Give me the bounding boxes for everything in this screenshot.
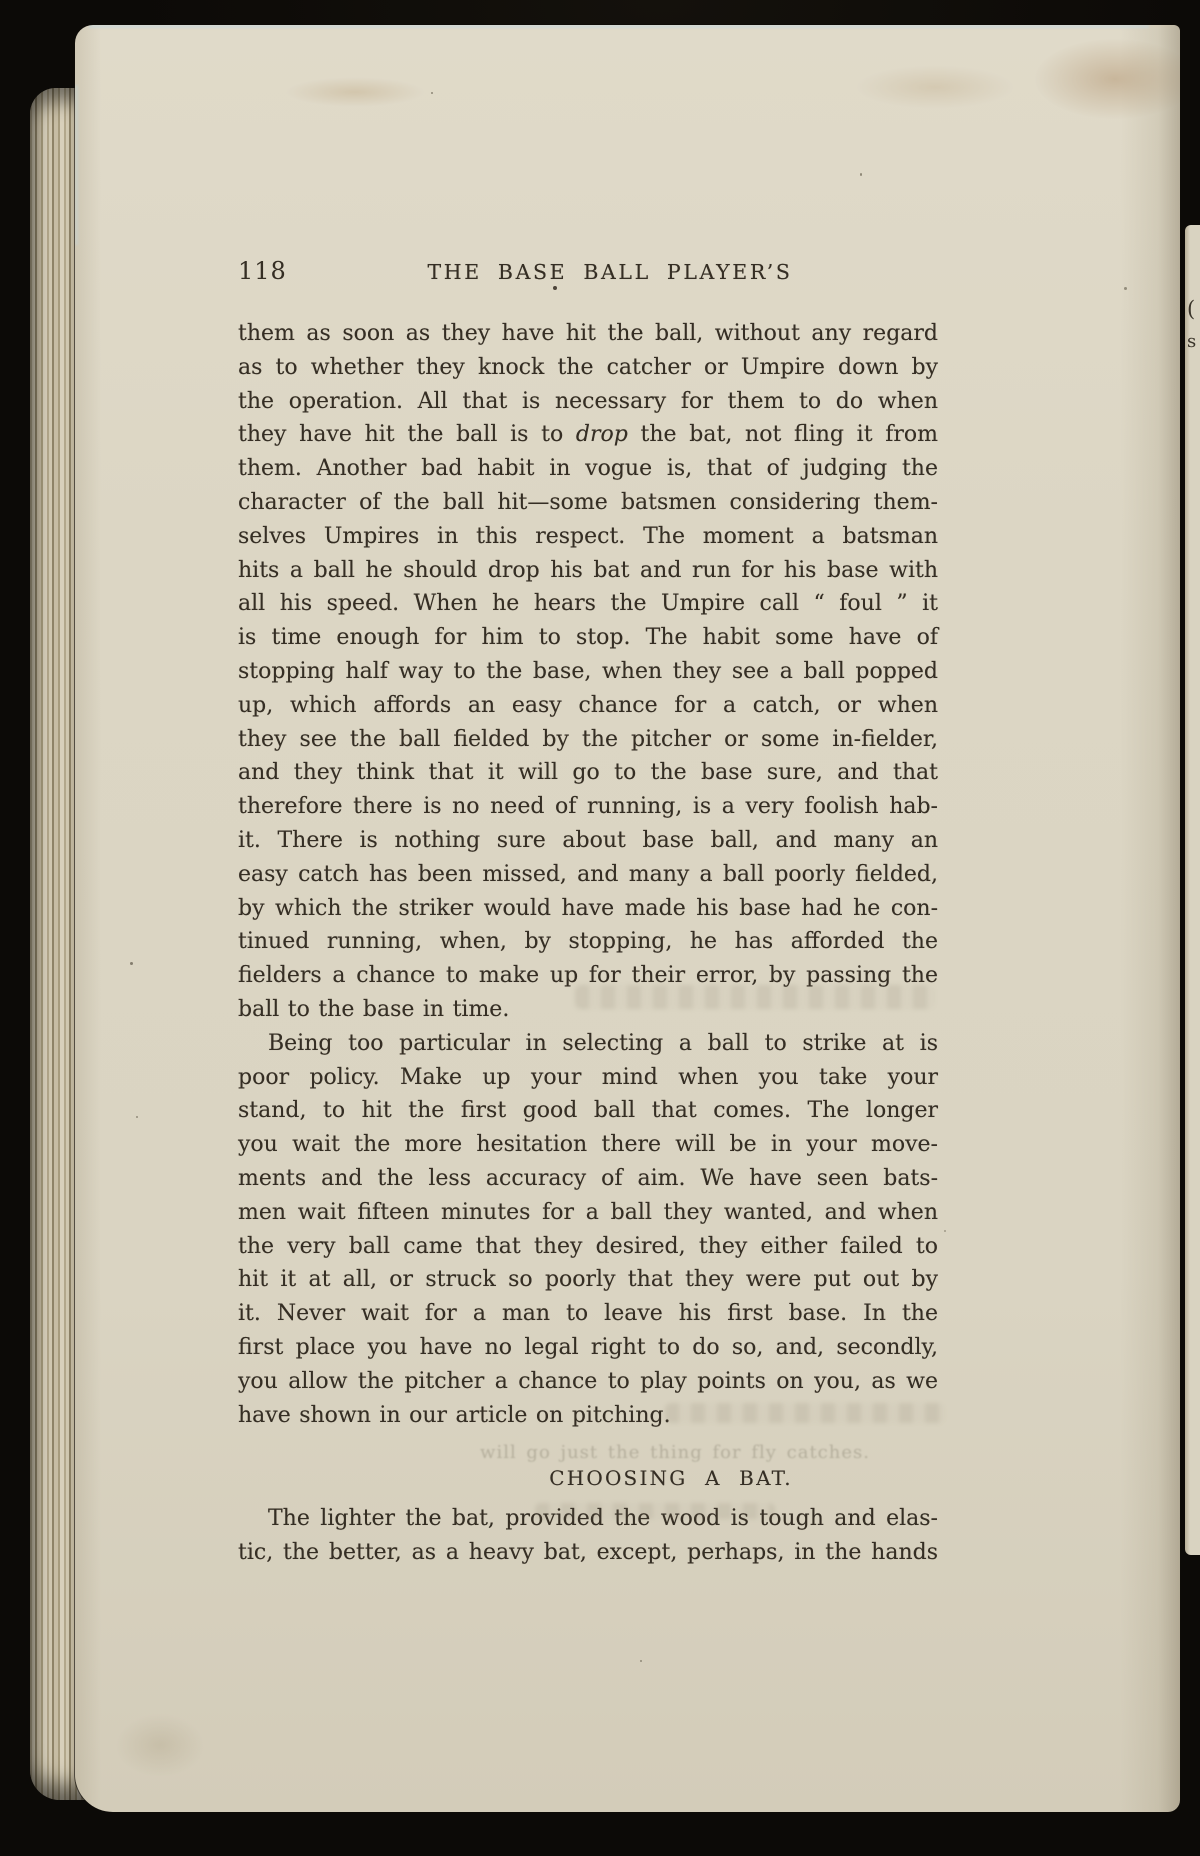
text-line: tic, the better, as a heavy bat, except,… [238,1536,938,1570]
text-line: Being too particular in selecting a ball… [238,1027,938,1061]
foxing-stain [1035,39,1180,119]
text-line: hit it at all, or struck so poorly that … [238,1263,938,1297]
ink-speck [1124,287,1127,290]
text-line: them as soon as they have hit the ball, … [238,317,938,351]
text-line: the operation. All that is necessary for… [238,385,938,419]
paragraph-2: Being too particular in selecting a ball… [238,1027,938,1433]
text-line: therefore there is no need of running, i… [238,790,938,824]
text-line: ments and the less accuracy of aim. We h… [238,1162,938,1196]
page-number: 118 [238,257,287,285]
text-line: them. Another bad habit in vogue is, tha… [238,452,938,486]
ink-speck [431,92,433,94]
text-line: poor policy. Make up your mind when you … [238,1061,938,1095]
foxing-stain [115,1713,205,1777]
text-line: they see the ball fielded by the pitcher… [238,723,938,757]
text-line: hits a ball he should drop his bat and r… [238,554,938,588]
text-line: it. There is nothing sure about base bal… [238,824,938,858]
text-line: have shown in our article on pitching. [238,1399,938,1433]
ink-speck [130,962,133,965]
text-line: the very ball came that they desired, th… [238,1230,938,1264]
section-heading: CHOOSING A BAT. [321,1466,1021,1490]
book-scan: 118 THE BASE BALL PLAYER’S them as soon … [0,0,1200,1856]
text-line: all his speed. When he hears the Umpire … [238,587,938,621]
ink-speck [944,1230,946,1232]
text-line: you wait the more hesitation there will … [238,1128,938,1162]
foxing-stain [285,77,425,107]
text-line: up, which affords an easy chance for a c… [238,689,938,723]
page-header: 118 THE BASE BALL PLAYER’S [238,257,938,287]
foxing-stain [855,65,1015,109]
text-line: by which the striker would have made his… [238,892,938,926]
text-line: easy catch has been missed, and many a b… [238,858,938,892]
ink-speck [860,173,862,176]
scan-glare [75,85,78,245]
text-line: ball to the base in time. [238,993,938,1027]
text-line: selves Umpires in this respect. The mome… [238,520,938,554]
page-body: them as soon as they have hit the ball, … [238,317,938,1570]
facing-page-partial-glyph: ( [1187,297,1195,321]
text-line: you allow the pitcher a chance to play p… [238,1365,938,1399]
text-line: and they think that it will go to the ba… [238,756,938,790]
ink-speck [136,1116,138,1118]
text-line: stand, to hit the first good ball that c… [238,1094,938,1128]
text-line: it. Never wait for a man to leave his fi… [238,1297,938,1331]
facing-page-sliver: ( s [1185,225,1200,1555]
text-line: is time enough for him to stop. The habi… [238,621,938,655]
scan-glare [89,25,1149,28]
text-line: first place you have no legal right to d… [238,1331,938,1365]
text-line: men wait fifteen minutes for a ball they… [238,1196,938,1230]
paragraph-1: them as soon as they have hit the ball, … [238,317,938,1027]
facing-page-partial-glyph: s [1187,331,1196,352]
text-line: they have hit the ball is to drop the ba… [238,418,938,452]
text-line: character of the ball hit—some batsmen c… [238,486,938,520]
text-line: stopping half way to the base, when they… [238,655,938,689]
text-line: fielders a chance to make up for their e… [238,959,938,993]
ink-speck [640,1660,642,1662]
paragraph-3: The lighter the bat, provided the wood i… [238,1502,938,1570]
text-line: The lighter the bat, provided the wood i… [238,1502,938,1536]
text-line: tinued running, when, by stopping, he ha… [238,925,938,959]
text-line: as to whether they knock the catcher or … [238,351,938,385]
book-page: 118 THE BASE BALL PLAYER’S them as soon … [75,25,1180,1812]
running-title: THE BASE BALL PLAYER’S [428,260,793,284]
